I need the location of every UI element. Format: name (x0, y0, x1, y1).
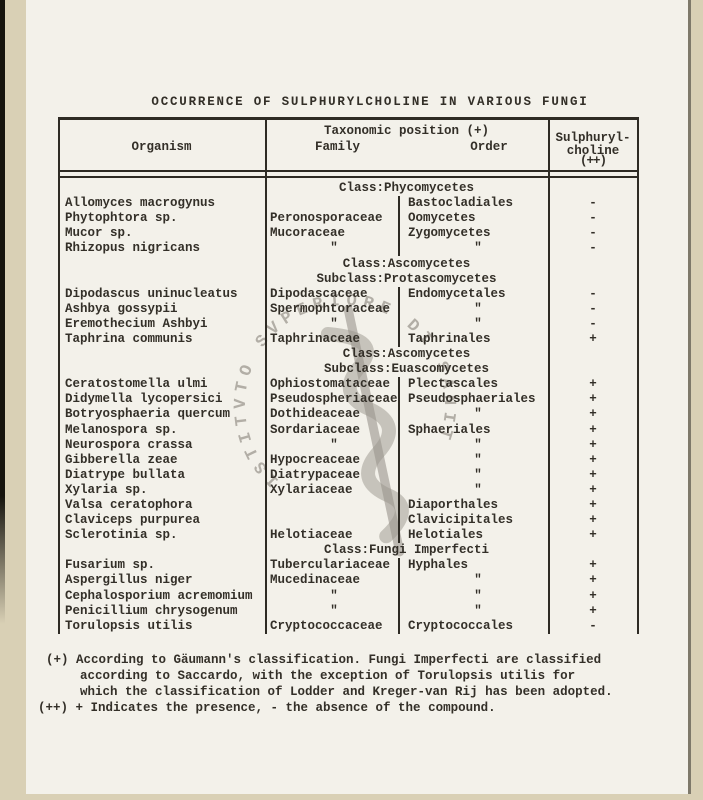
footnote-line-1: (+) According to Gäumann's classificatio… (46, 653, 601, 667)
sulphurylcholine-value-cell: + (548, 528, 638, 543)
organism-cell: Xylaria sp. (65, 483, 148, 498)
organism-cell: Gibberella zeae (65, 453, 178, 468)
family-cell: " (270, 317, 398, 332)
order-cell: " (408, 438, 548, 453)
table-section-row: Subclass:Protascomycetes (0, 272, 703, 287)
section-label: Class:Ascomycetes (265, 347, 548, 362)
table-row: Mucor sp.MucoraceaeZygomycetes- (0, 226, 703, 241)
scan-edge-bottom-tan (0, 794, 703, 800)
table-row: Gibberella zeaeHypocreaceae"+ (0, 453, 703, 468)
order-cell: Zygomycetes (408, 226, 548, 241)
family-cell: Hypocreaceae (270, 453, 398, 468)
order-cell: " (408, 453, 548, 468)
family-cell: " (270, 438, 398, 453)
family-cell: Pseudospheriaceae (270, 392, 398, 407)
table-row: Torulopsis utilisCryptococcaceaeCryptoco… (0, 619, 703, 634)
order-cell: " (408, 241, 548, 256)
section-label: Subclass:Euascomycetes (265, 362, 548, 377)
family-cell: Mucoraceae (270, 226, 398, 241)
sulphurylcholine-value-cell: + (548, 498, 638, 513)
organism-cell: Ashbya gossypii (65, 302, 178, 317)
family-cell: Mucedinaceae (270, 573, 398, 588)
organism-cell: Torulopsis utilis (65, 619, 193, 634)
column-header-sulphurylcholine-line1: Sulphuryl- (548, 131, 638, 145)
family-cell: Spermophtoraceae (270, 302, 398, 317)
sulphurylcholine-value-cell: - (548, 619, 638, 634)
column-header-taxonomic-position: Taxonomic position (+) (265, 124, 548, 138)
table-row: Fusarium sp.TuberculariaceaeHyphales+ (0, 558, 703, 573)
sulphurylcholine-value-cell: - (548, 302, 638, 317)
table-row: Diatrype bullataDiatrypaceae"+ (0, 468, 703, 483)
order-cell: " (408, 604, 548, 619)
order-cell: Oomycetes (408, 211, 548, 226)
page-title: OCCURRENCE OF SULPHURYLCHOLINE IN VARIOU… (80, 95, 660, 109)
family-cell: Xylariaceae (270, 483, 398, 498)
sulphurylcholine-value-cell: + (548, 407, 638, 422)
section-label: Class:Ascomycetes (265, 257, 548, 272)
sulphurylcholine-value-cell: - (548, 226, 638, 241)
table-section-row: Class:Ascomycetes (0, 257, 703, 272)
organism-cell: Mucor sp. (65, 226, 133, 241)
organism-cell: Aspergillus niger (65, 573, 193, 588)
table-row: Botryosphaeria quercumDothideaceae"+ (0, 407, 703, 422)
table-row: Ceratostomella ulmiOphiostomataceaePlect… (0, 377, 703, 392)
sulphurylcholine-value-cell: - (548, 287, 638, 302)
sulphurylcholine-value-cell: + (548, 438, 638, 453)
sulphurylcholine-value-cell: + (548, 332, 638, 347)
sulphurylcholine-value-cell: + (548, 573, 638, 588)
table-row: Aspergillus nigerMucedinaceae"+ (0, 573, 703, 588)
organism-cell: Allomyces macrogynus (65, 196, 215, 211)
table-row: Neurospora crassa""+ (0, 438, 703, 453)
section-label: Class:Fungi Imperfecti (265, 543, 548, 558)
table-row: Ashbya gossypiiSpermophtoraceae"- (0, 302, 703, 317)
organism-cell: Claviceps purpurea (65, 513, 200, 528)
organism-cell: Diatrype bullata (65, 468, 185, 483)
section-label: Subclass:Protascomycetes (265, 272, 548, 287)
order-cell: Taphrinales (408, 332, 548, 347)
table-row: Didymella lycopersiciPseudospheriaceaePs… (0, 392, 703, 407)
organism-cell: Didymella lycopersici (65, 392, 223, 407)
table-row: Dipodascus uninucleatusDipodascaceaeEndo… (0, 287, 703, 302)
order-cell: " (408, 589, 548, 604)
column-header-family: Family (265, 140, 410, 154)
table-row: Cephalosporium acremomium""+ (0, 589, 703, 604)
table-row: Phytophtora sp.PeronosporaceaeOomycetes- (0, 211, 703, 226)
order-cell: Endomycetales (408, 287, 548, 302)
organism-cell: Botryosphaeria quercum (65, 407, 230, 422)
order-cell: " (408, 302, 548, 317)
table-row: Allomyces macrogynusBastocladiales- (0, 196, 703, 211)
sulphurylcholine-value-cell: + (548, 392, 638, 407)
family-cell: " (270, 589, 398, 604)
order-cell: Helotiales (408, 528, 548, 543)
organism-cell: Taphrina communis (65, 332, 193, 347)
order-cell: Cryptococcales (408, 619, 548, 634)
sulphurylcholine-value-cell: + (548, 468, 638, 483)
sulphurylcholine-value-cell: + (548, 423, 638, 438)
family-cell: Dothideaceae (270, 407, 398, 422)
sulphurylcholine-value-cell: - (548, 211, 638, 226)
table-section-row: Class:Phycomycetes (0, 181, 703, 196)
order-cell: Diaporthales (408, 498, 548, 513)
order-cell: " (408, 573, 548, 588)
family-cell: Diatrypaceae (270, 468, 398, 483)
family-cell: Ophiostomataceae (270, 377, 398, 392)
family-cell: Sordariaceae (270, 423, 398, 438)
organism-cell: Melanospora sp. (65, 423, 178, 438)
organism-cell: Valsa ceratophora (65, 498, 193, 513)
organism-cell: Cephalosporium acremomium (65, 589, 253, 604)
scanned-document-page: ISTITVTO SVPERIORE DI SANITÀ OCCURRENCE … (0, 0, 703, 800)
sulphurylcholine-value-cell: - (548, 241, 638, 256)
order-cell: Pseudosphaeriales (408, 392, 548, 407)
table-row: Sclerotinia sp.HelotiaceaeHelotiales+ (0, 528, 703, 543)
column-header-organism: Organism (58, 140, 265, 154)
order-cell: Clavicipitales (408, 513, 548, 528)
table-section-row: Class:Fungi Imperfecti (0, 543, 703, 558)
order-cell: Bastocladiales (408, 196, 548, 211)
order-cell: Sphaeriales (408, 423, 548, 438)
table-row: Eremothecium Ashbyi""- (0, 317, 703, 332)
sulphurylcholine-value-cell: + (548, 377, 638, 392)
family-cell: Helotiaceae (270, 528, 398, 543)
table-row: Xylaria sp.Xylariaceae"+ (0, 483, 703, 498)
table-row: Valsa ceratophoraDiaporthales+ (0, 498, 703, 513)
organism-cell: Sclerotinia sp. (65, 528, 178, 543)
organism-cell: Fusarium sp. (65, 558, 155, 573)
organism-cell: Neurospora crassa (65, 438, 193, 453)
footnote-line-3: which the classification of Lodder and K… (80, 685, 613, 699)
sulphurylcholine-value-cell: + (548, 558, 638, 573)
organism-cell: Phytophtora sp. (65, 211, 178, 226)
sulphurylcholine-value-cell: + (548, 483, 638, 498)
table-section-row: Subclass:Euascomycetes (0, 362, 703, 377)
order-cell: Hyphales (408, 558, 548, 573)
table-row: Claviceps purpureaClavicipitales+ (0, 513, 703, 528)
organism-cell: Ceratostomella ulmi (65, 377, 208, 392)
table-top-border (58, 117, 639, 120)
table-row: Melanospora sp.SordariaceaeSphaeriales+ (0, 423, 703, 438)
order-cell: " (408, 483, 548, 498)
column-header-sulphurylcholine-line3: (++) (548, 154, 638, 168)
family-cell: Tuberculariaceae (270, 558, 398, 573)
table-row: Penicillium chrysogenum""+ (0, 604, 703, 619)
family-cell: Taphrinaceae (270, 332, 398, 347)
organism-cell: Penicillium chrysogenum (65, 604, 238, 619)
sulphurylcholine-value-cell: + (548, 513, 638, 528)
organism-cell: Eremothecium Ashbyi (65, 317, 208, 332)
order-cell: Plectascales (408, 377, 548, 392)
family-cell: Peronosporaceae (270, 211, 398, 226)
order-cell: " (408, 407, 548, 422)
column-header-order: Order (430, 140, 548, 154)
organism-cell: Rhizopus nigricans (65, 241, 200, 256)
sulphurylcholine-value-cell: + (548, 604, 638, 619)
sulphurylcholine-value-cell: + (548, 453, 638, 468)
sulphurylcholine-value-cell: - (548, 196, 638, 211)
family-cell: Cryptococcaceae (270, 619, 398, 634)
organism-cell: Dipodascus uninucleatus (65, 287, 238, 302)
family-cell: Dipodascaceae (270, 287, 398, 302)
family-cell: " (270, 604, 398, 619)
family-cell: " (270, 241, 398, 256)
section-label: Class:Phycomycetes (265, 181, 548, 196)
table-row: Rhizopus nigricans""- (0, 241, 703, 256)
table-header-rule-1 (58, 170, 639, 172)
footnote-line-2: according to Saccardo, with the exceptio… (80, 669, 575, 683)
order-cell: " (408, 468, 548, 483)
sulphurylcholine-value-cell: + (548, 589, 638, 604)
sulphurylcholine-value-cell: - (548, 317, 638, 332)
table-section-row: Class:Ascomycetes (0, 347, 703, 362)
table-header-rule-2 (58, 176, 639, 178)
order-cell: " (408, 317, 548, 332)
footnote-line-4: (++) + Indicates the presence, - the abs… (38, 701, 496, 715)
table-row: Taphrina communisTaphrinaceaeTaphrinales… (0, 332, 703, 347)
